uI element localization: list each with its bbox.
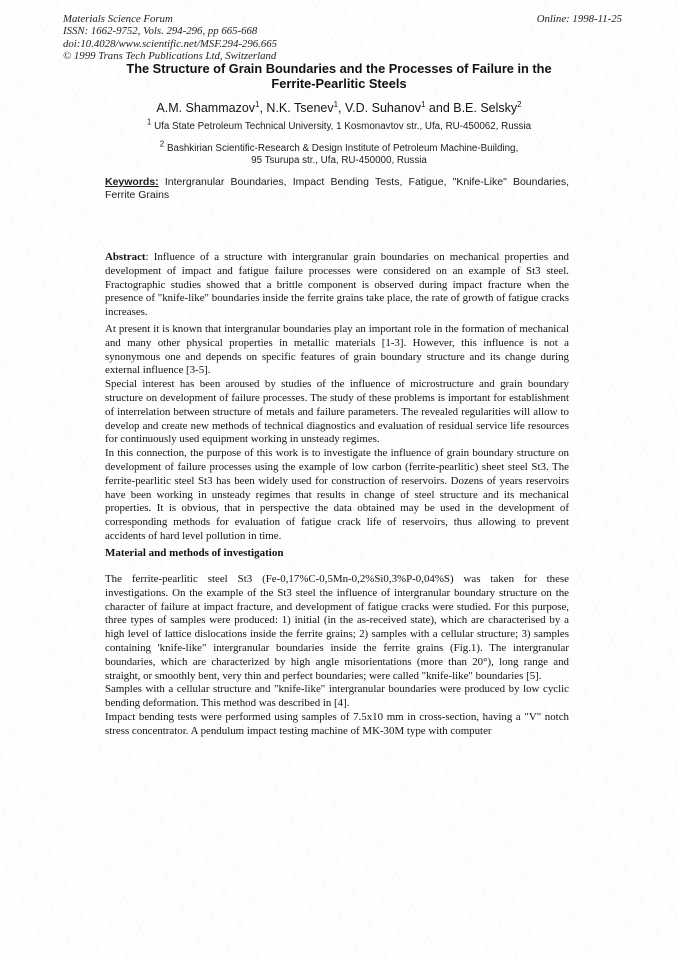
online-date: Online: 1998-11-25 — [537, 13, 622, 25]
keywords: Keywords: Intergranular Boundaries, Impa… — [105, 176, 569, 202]
author-name: A.M. Shammazov — [156, 101, 255, 115]
author-name: , N.K. Tsenev — [259, 101, 333, 115]
paper-title-text: The Structure of Grain Boundaries and th… — [116, 61, 562, 91]
author: , V.D. Suhanov1 — [338, 101, 425, 115]
affiliation-text: Bashkirian Scientific-Research & Design … — [164, 143, 518, 154]
journal-header: Materials Science Forum Online: 1998-11-… — [63, 13, 622, 62]
paragraph: At present it is known that intergranula… — [105, 323, 569, 378]
author: , N.K. Tsenev1 — [259, 101, 338, 115]
methods-section: The ferrite-pearlitic steel St3 (Fe-0,17… — [105, 573, 569, 739]
author-name: and B.E. Selsky — [425, 101, 517, 115]
abstract-text: : Influence of a structure with intergra… — [105, 251, 569, 318]
abstract-label: Abstract — [105, 251, 146, 263]
introduction-section: At present it is known that intergranula… — [105, 323, 569, 544]
paragraph: Samples with a cellular structure and "k… — [105, 683, 569, 711]
abstract: Abstract: Influence of a structure with … — [105, 251, 569, 320]
author: A.M. Shammazov1 — [156, 101, 259, 115]
doi-line: doi:10.4028/www.scientific.net/MSF.294-2… — [63, 38, 622, 50]
keywords-text: Intergranular Boundaries, Impact Bending… — [105, 176, 569, 201]
paper-title: The Structure of Grain Boundaries and th… — [0, 61, 678, 91]
affiliation-line: 2 Bashkirian Scientific-Research & Desig… — [0, 143, 678, 155]
issn-line: ISSN: 1662-9752, Vols. 294-296, pp 665-6… — [63, 25, 622, 37]
keywords-label: Keywords: — [105, 176, 159, 188]
journal-name: Materials Science Forum — [63, 13, 173, 25]
author: and B.E. Selsky2 — [425, 101, 521, 115]
section-heading: Material and methods of investigation — [105, 547, 283, 559]
paragraph: The ferrite-pearlitic steel St3 (Fe-0,17… — [105, 573, 569, 683]
affiliation-1: 1 Ufa State Petroleum Technical Universi… — [0, 121, 678, 132]
affiliation-2: 2 Bashkirian Scientific-Research & Desig… — [0, 143, 678, 168]
author-line: A.M. Shammazov1, N.K. Tsenev1, V.D. Suha… — [0, 101, 678, 115]
affiliation-text: Ufa State Petroleum Technical University… — [151, 121, 531, 132]
journal-header-row: Materials Science Forum Online: 1998-11-… — [63, 13, 622, 25]
affiliation-line: 95 Tsurupa str., Ufa, RU-450000, Russia — [0, 155, 678, 167]
paper-page: Materials Science Forum Online: 1998-11-… — [0, 0, 678, 959]
paragraph: In this connection, the purpose of this … — [105, 447, 569, 544]
author-name: , V.D. Suhanov — [338, 101, 421, 115]
paragraph: Special interest has been aroused by stu… — [105, 378, 569, 447]
paragraph: Impact bending tests were performed usin… — [105, 711, 569, 739]
author-affil-ref: 2 — [517, 100, 521, 109]
